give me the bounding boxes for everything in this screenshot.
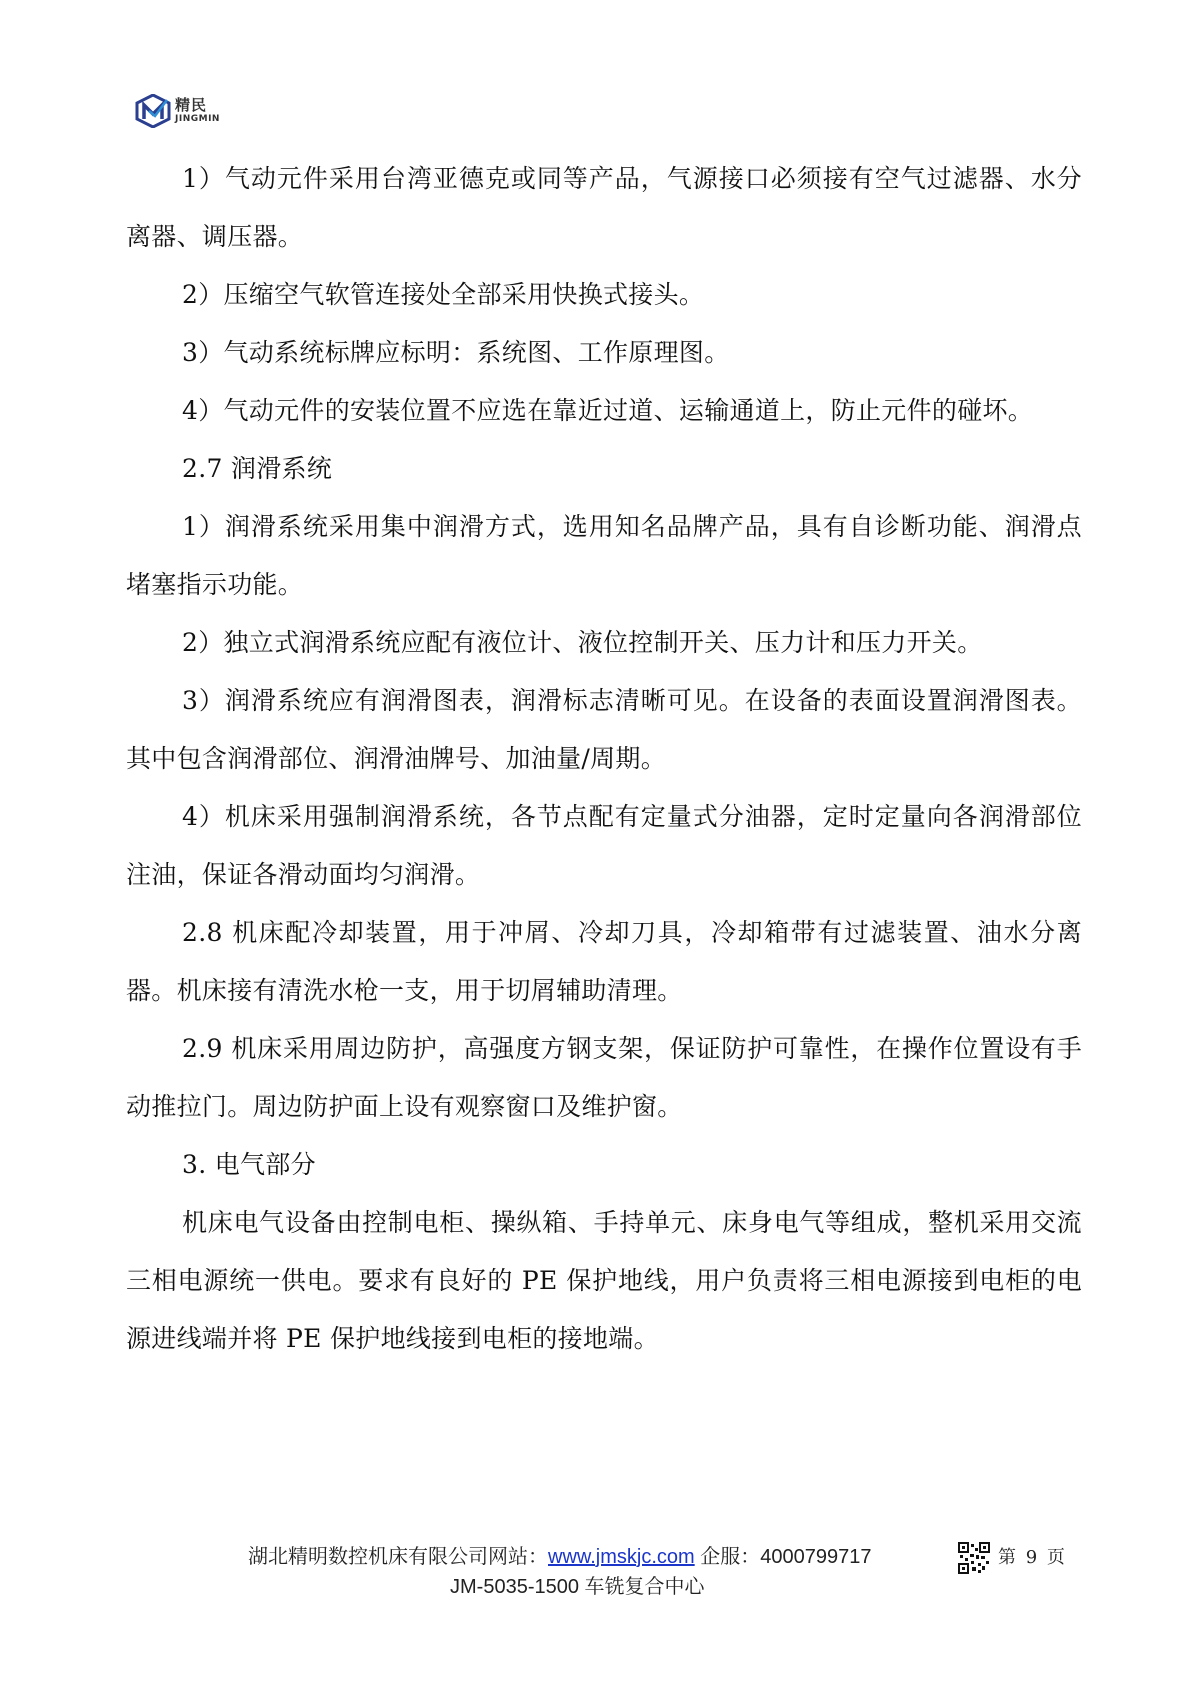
paragraph-electrical: 机床电气设备由控制电柜、操纵箱、手持单元、床身电气等组成，整机采用交流三相电源统… — [126, 1194, 1082, 1368]
website-link[interactable]: www.jmskjc.com — [548, 1546, 695, 1568]
paragraph-lubrication-2: 2）独立式润滑系统应配有液位计、液位控制开关、压力计和压力开关。 — [126, 614, 1082, 672]
section-heading-electrical: 3. 电气部分 — [126, 1136, 1082, 1194]
document-body: 1）气动元件采用台湾亚德克或同等产品，气源接口必须接有空气过滤器、水分离器、调压… — [126, 150, 1082, 1368]
jingmin-logo-icon — [135, 94, 171, 128]
company-logo: 精民 JINGMIN — [135, 93, 245, 129]
footer-service-label: 企服： — [695, 1546, 761, 1568]
paragraph-pneumatic-3: 3）气动系统标牌应标明：系统图、工作原理图。 — [126, 324, 1082, 382]
paragraph-pneumatic-1: 1）气动元件采用台湾亚德克或同等产品，气源接口必须接有空气过滤器、水分离器、调压… — [126, 150, 1082, 266]
page-number: 第 9 页 — [998, 1543, 1065, 1569]
paragraph-lubrication-1: 1）润滑系统采用集中润滑方式，选用知名品牌产品，具有自诊断功能、润滑点堵塞指示功… — [126, 498, 1082, 614]
section-heading-lubrication: 2.7 润滑系统 — [126, 440, 1082, 498]
paragraph-lubrication-3: 3）润滑系统应有润滑图表，润滑标志清晰可见。在设备的表面设置润滑图表。其中包含润… — [126, 672, 1082, 788]
logo-english-text: JINGMIN — [175, 115, 220, 124]
footer-company-line: 湖北精明数控机床有限公司网站：www.jmskjc.com 企服：4000799… — [248, 1540, 871, 1569]
footer-service-phone: 4000799717 — [760, 1546, 871, 1568]
footer-model-line: JM-5035-1500 车铣复合中心 — [450, 1570, 705, 1599]
paragraph-pneumatic-4: 4）气动元件的安装位置不应选在靠近过道、运输通道上，防止元件的碰坏。 — [126, 382, 1082, 440]
footer-company-name: 湖北精明数控机床有限公司网站： — [248, 1546, 548, 1568]
logo-chinese-text: 精民 — [175, 98, 220, 113]
paragraph-protection: 2.9 机床采用周边防护，高强度方钢支架，保证防护可靠性，在操作位置设有手动推拉… — [126, 1020, 1082, 1136]
paragraph-lubrication-4: 4）机床采用强制润滑系统，各节点配有定量式分油器，定时定量向各润滑部位注油，保证… — [126, 788, 1082, 904]
paragraph-pneumatic-2: 2）压缩空气软管连接处全部采用快换式接头。 — [126, 266, 1082, 324]
qr-code-icon — [958, 1542, 990, 1574]
paragraph-cooling: 2.8 机床配冷却装置，用于冲屑、冷却刀具，冷却箱带有过滤装置、油水分离器。机床… — [126, 904, 1082, 1020]
